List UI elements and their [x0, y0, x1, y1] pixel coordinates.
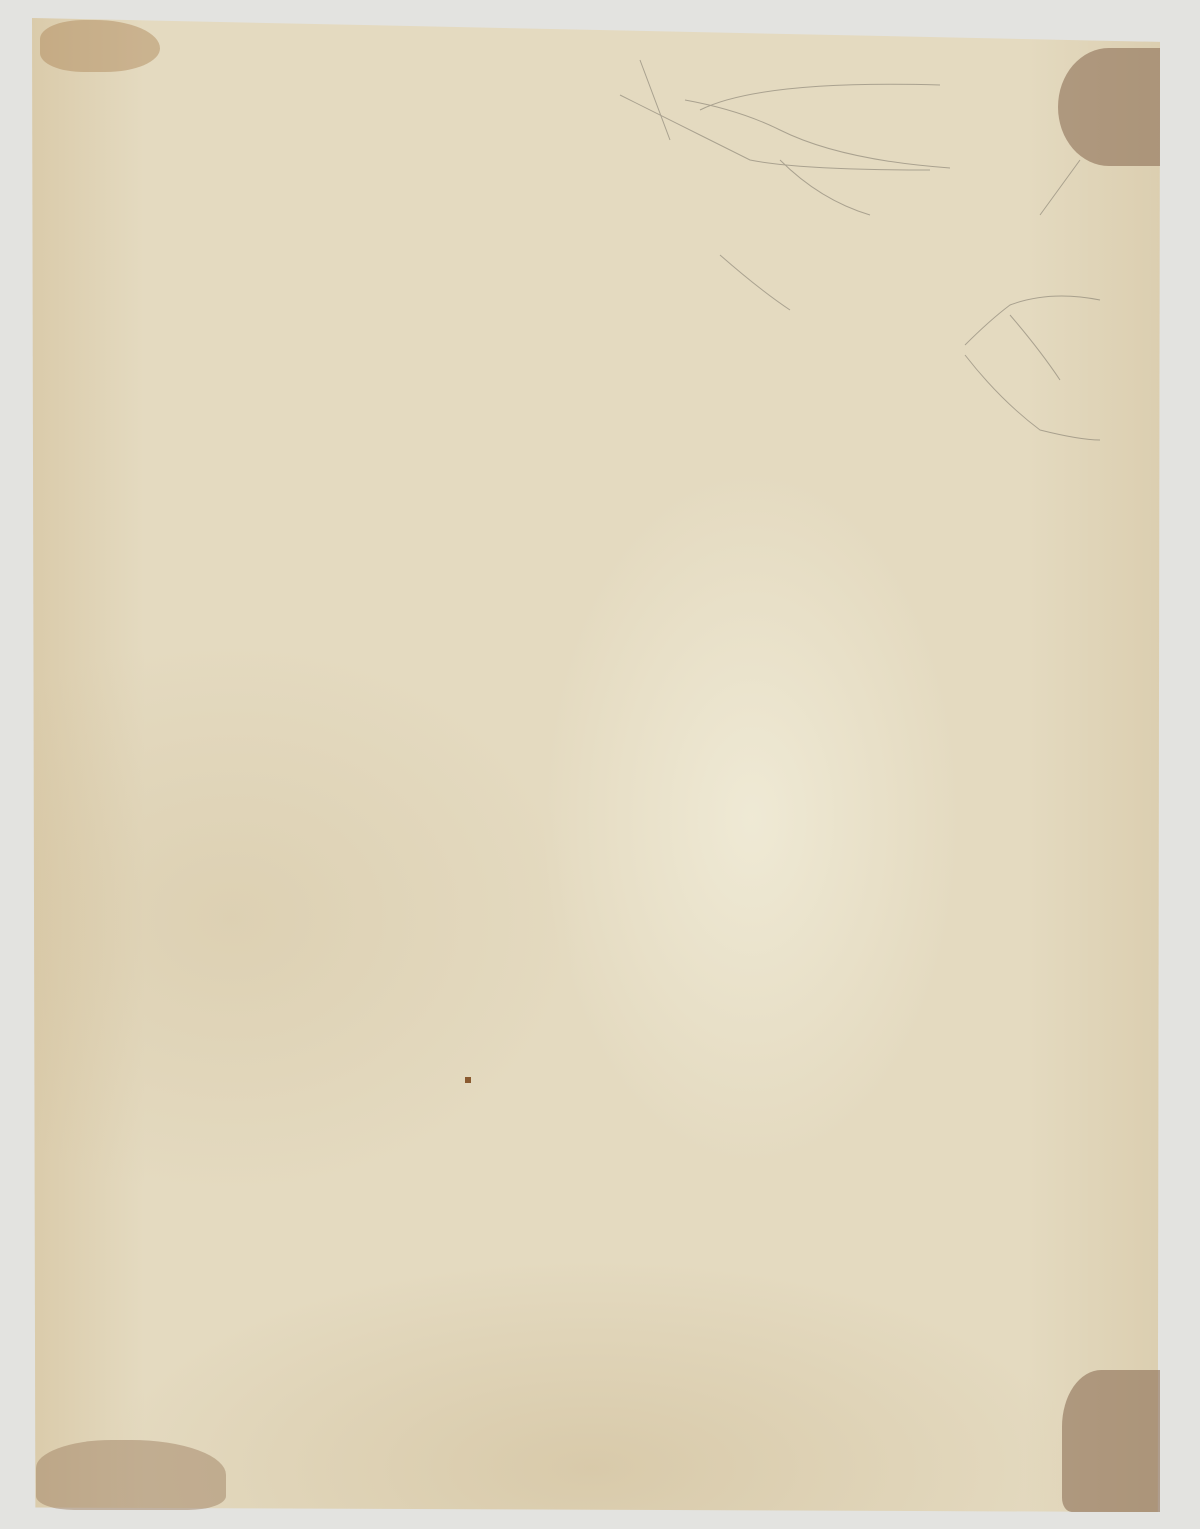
pencil-sketch	[0, 0, 1200, 1529]
